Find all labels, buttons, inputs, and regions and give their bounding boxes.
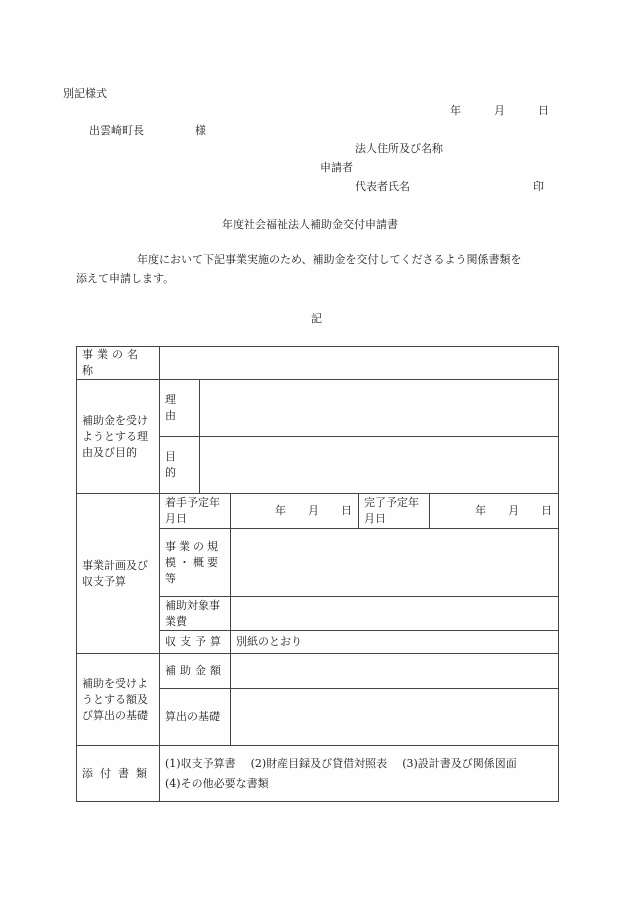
budget-field[interactable]: 別紙のとおり	[231, 631, 559, 654]
attachment-item: (2)財産目録及び貸借対照表	[251, 757, 388, 770]
scale-label: 事業の規模・概要等	[160, 529, 231, 597]
start-date-label: 着手予定年月日	[160, 494, 231, 529]
budget-label: 収支予算	[160, 631, 231, 654]
addressee: 出雲崎町長	[89, 125, 144, 136]
project-name-field[interactable]	[160, 347, 559, 380]
basis-label: 算出の基礎	[160, 689, 231, 746]
honorific: 様	[195, 125, 206, 136]
ki-heading: 記	[311, 313, 322, 324]
body-text-line1: 年度において下記事業実施のため、補助金を交付してくださるよう関係書類を	[137, 254, 522, 265]
applicant-label: 申請者	[320, 162, 353, 173]
reason-group-label: 補助金を受けようとする理由及び目的	[77, 380, 160, 494]
end-month: 月	[508, 503, 519, 519]
reason-field[interactable]	[200, 380, 559, 437]
date-line: 年 月 日	[450, 105, 549, 116]
amount-field[interactable]	[231, 654, 559, 689]
purpose-field[interactable]	[200, 437, 559, 494]
attachments-label: 添付書類	[77, 746, 160, 802]
end-date-field[interactable]: 年月日	[430, 494, 559, 529]
attachments-list: (1)収支予算書 (2)財産目録及び貸借対照表 (3)設計書及び関係図面 (4)…	[160, 746, 559, 802]
start-date-field[interactable]: 年月日	[231, 494, 359, 529]
application-form-table: 事業の名称 補助金を受けようとする理由及び目的 理由 目的 事業計画及び収支予算…	[76, 346, 559, 802]
body-text-line2: 添えて申請します。	[76, 273, 174, 284]
basis-field[interactable]	[231, 689, 559, 746]
end-day: 日	[541, 503, 552, 519]
form-label: 別記様式	[63, 88, 107, 99]
representative-name-label: 代表者氏名	[355, 181, 410, 192]
plan-group-label: 事業計画及び収支予算	[77, 494, 160, 654]
date-day: 日	[538, 104, 549, 117]
cost-label: 補助対象事業費	[160, 597, 231, 631]
date-month: 月	[494, 104, 505, 117]
start-year: 年	[275, 503, 286, 519]
attachment-item: (1)収支予算書	[165, 757, 236, 770]
date-year: 年	[450, 104, 461, 117]
end-year: 年	[475, 503, 486, 519]
cost-field[interactable]	[231, 597, 559, 631]
amount-label: 補助金額	[160, 654, 231, 689]
reason-label: 理由	[160, 380, 200, 437]
seal-mark: 印	[533, 181, 544, 192]
document-title: 年度社会福祉法人補助金交付申請書	[222, 219, 398, 230]
attachment-item: (4)その他必要な書類	[165, 777, 269, 790]
attachment-item: (3)設計書及び関係図面	[402, 757, 517, 770]
scale-field[interactable]	[231, 529, 559, 597]
project-name-label: 事業の名称	[77, 347, 160, 380]
start-day: 日	[341, 503, 352, 519]
amount-group-label: 補助を受けようとする額及び算出の基礎	[77, 654, 160, 746]
corp-address-name-label: 法人住所及び名称	[355, 143, 443, 154]
end-date-label: 完了予定年月日	[359, 494, 430, 529]
purpose-label: 目的	[160, 437, 200, 494]
start-month: 月	[308, 503, 319, 519]
